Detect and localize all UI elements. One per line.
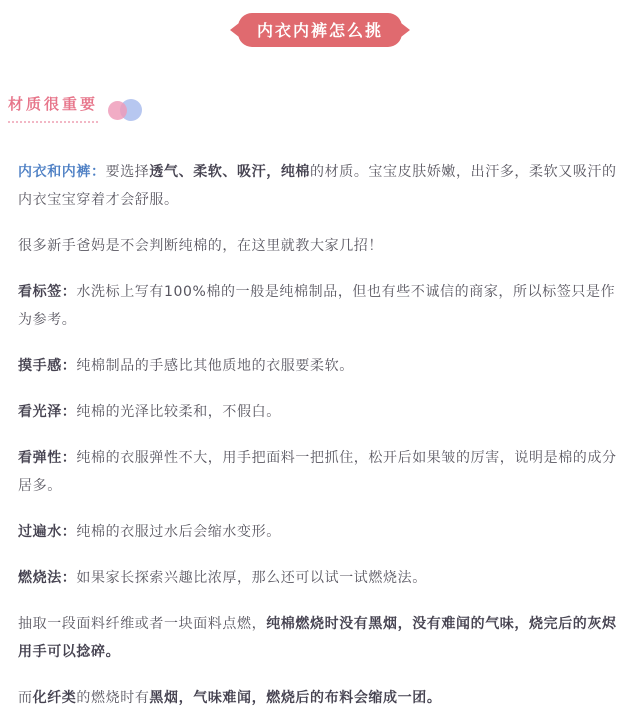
paragraph-intro: 内衣和内裤：要选择透气、柔软、吸汗，纯棉的材质。宝宝皮肤娇嫩，出汗多，柔软又吸汗… — [18, 158, 622, 214]
text-segment: 纯棉制品的手感比其他质地的衣服要柔软。 — [76, 358, 353, 374]
text-segment: 很多新手爸妈是不会判断纯棉的，在这里就教大家几招！ — [18, 238, 383, 254]
text-segment: 抽取一段面料纤维或者一块面料点燃， — [18, 616, 266, 632]
section-title: 材质很重要 — [8, 93, 98, 123]
paragraph-tip-water: 过遍水：纯棉的衣服过水后会缩水变形。 — [18, 518, 622, 546]
text-segment: 摸手感： — [18, 358, 76, 374]
text-segment: 看弹性： — [18, 450, 76, 466]
paragraph-lead-in: 很多新手爸妈是不会判断纯棉的，在这里就教大家几招！ — [18, 232, 622, 260]
text-segment: 纯棉的衣服弹性不大，用手把面料一把抓住，松开后如果皱的厉害，说明是棉的成分居多。 — [18, 450, 617, 494]
text-segment: 内衣和内裤： — [18, 164, 106, 180]
text-segment: 看标签： — [18, 284, 76, 300]
text-segment: 纯棉的光泽比较柔和，不假白。 — [76, 404, 280, 420]
section-header: 材质很重要 — [8, 93, 640, 125]
pink-circle-decor — [108, 101, 127, 120]
article-body: 内衣和内裤：要选择透气、柔软、吸汗，纯棉的材质。宝宝皮肤娇嫩，出汗多，柔软又吸汗… — [0, 158, 640, 709]
text-segment: 而 — [18, 690, 33, 706]
paragraph-burn-synthetic: 而化纤类的燃烧时有黑烟，气味难闻，燃烧后的布料会缩成一团。 — [18, 684, 622, 709]
paragraph-tip-luster: 看光泽：纯棉的光泽比较柔和，不假白。 — [18, 398, 622, 426]
paragraph-burn-cotton: 抽取一段面料纤维或者一块面料点燃，纯棉燃烧时没有黑烟，没有难闻的气味，烧完后的灰… — [18, 610, 622, 666]
text-segment: 如果家长探索兴趣比浓厚，那么还可以试一试燃烧法。 — [76, 570, 426, 586]
paragraph-tip-label: 看标签：水洗标上写有100%棉的一般是纯棉制品，但也有些不诚信的商家，所以标签只… — [18, 278, 622, 334]
text-segment: 透气、柔软、吸汗，纯棉 — [149, 164, 310, 180]
text-segment: 要选择 — [106, 164, 150, 180]
text-segment: 化纤类 — [33, 690, 77, 706]
text-segment: 过遍水： — [18, 524, 76, 540]
text-segment: 燃烧法： — [18, 570, 76, 586]
article-title-ribbon: 内衣内裤怎么挑 — [238, 13, 402, 47]
text-segment: 纯棉的衣服过水后会缩水变形。 — [76, 524, 280, 540]
text-segment: 的燃烧时有 — [76, 690, 149, 706]
decor-circles — [102, 97, 148, 125]
paragraph-tip-elasticity: 看弹性：纯棉的衣服弹性不大，用手把面料一把抓住，松开后如果皱的厉害，说明是棉的成… — [18, 444, 622, 500]
text-segment: 看光泽： — [18, 404, 76, 420]
text-segment: 黑烟，气味难闻，燃烧后的布料会缩成一团。 — [149, 690, 441, 706]
paragraph-tip-feel: 摸手感：纯棉制品的手感比其他质地的衣服要柔软。 — [18, 352, 622, 380]
article-title: 内衣内裤怎么挑 — [257, 21, 383, 40]
banner-container: 内衣内裤怎么挑 — [0, 0, 640, 47]
text-segment: 水洗标上写有100%棉的一般是纯棉制品，但也有些不诚信的商家，所以标签只是作为参… — [18, 284, 615, 328]
paragraph-tip-burn: 燃烧法：如果家长探索兴趣比浓厚，那么还可以试一试燃烧法。 — [18, 564, 622, 592]
